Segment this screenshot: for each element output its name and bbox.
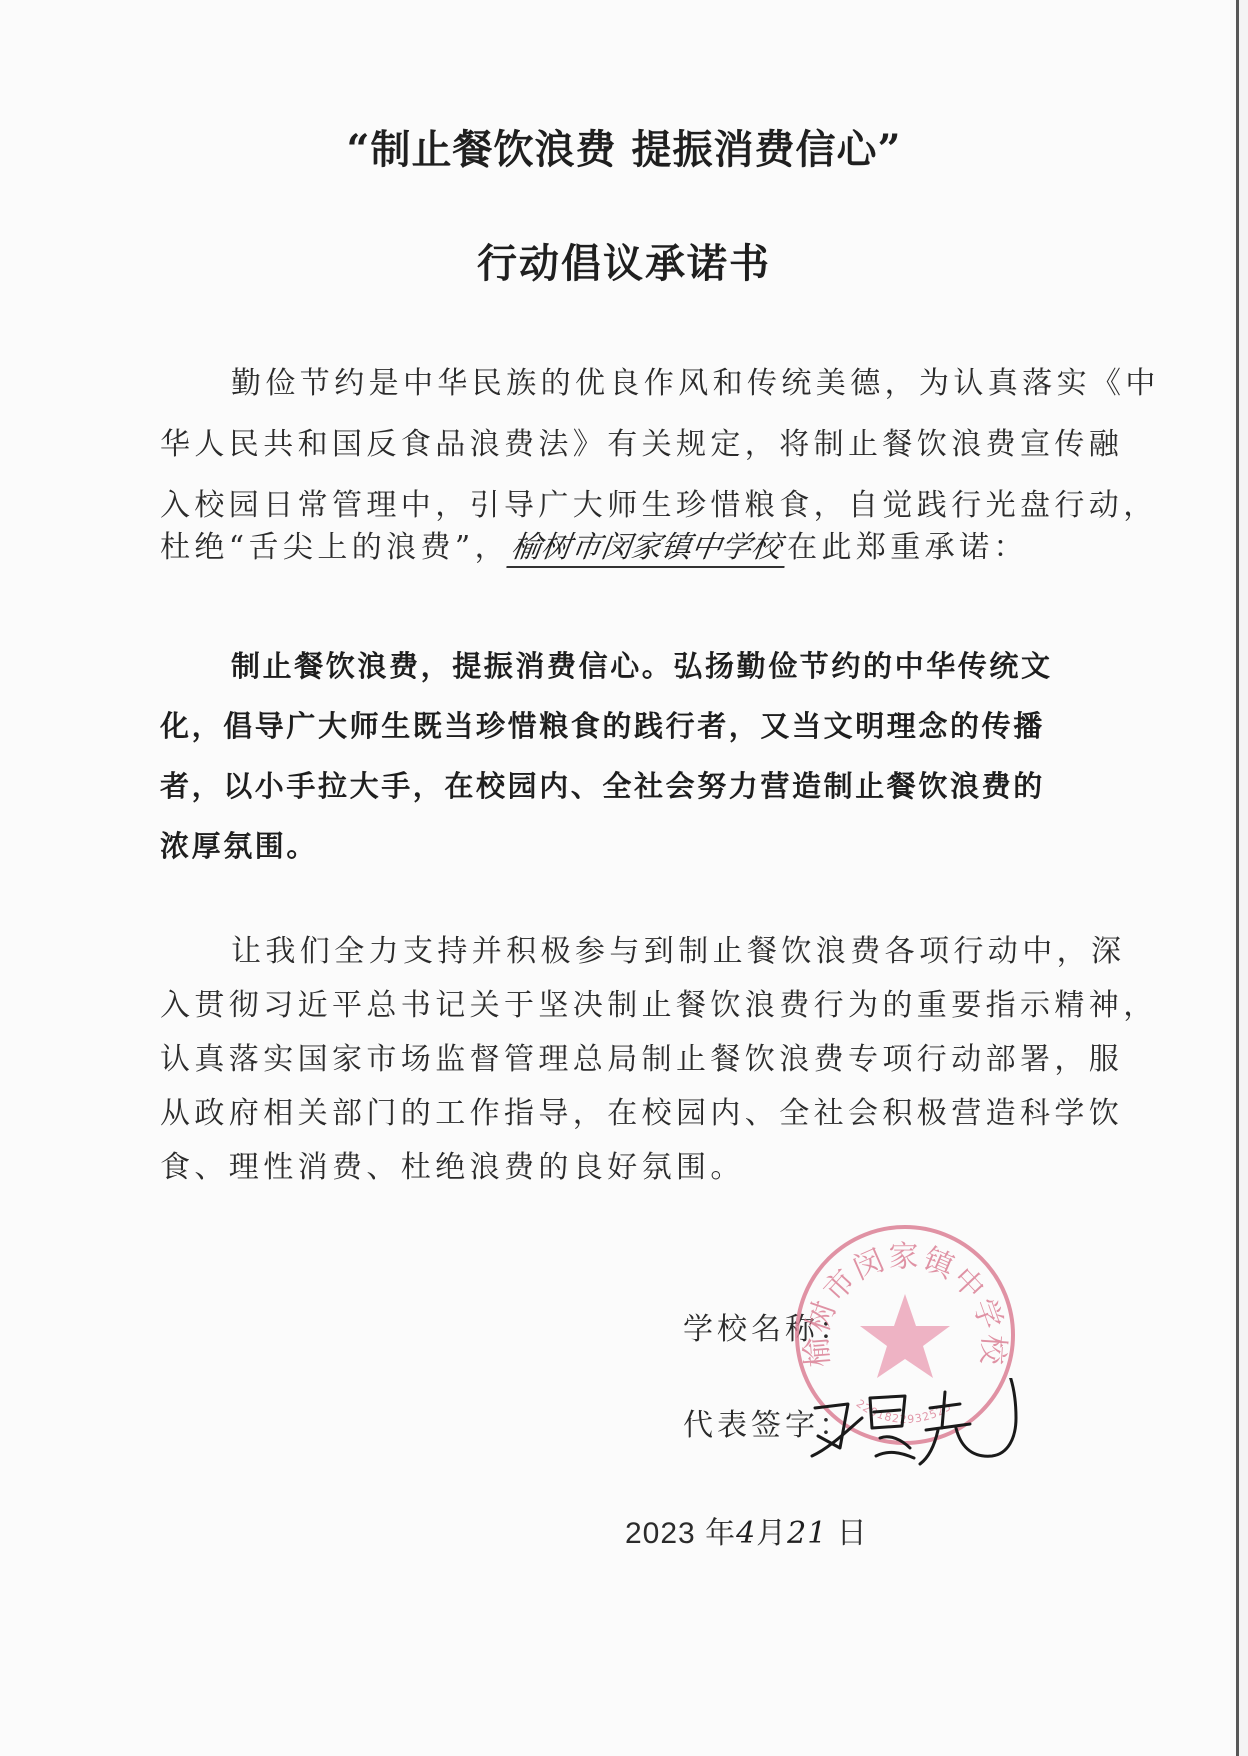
paragraph-3-line-3: 认真落实国家市场监督管理总局制止餐饮浪费专项行动部署，服 bbox=[160, 1042, 1080, 1078]
paragraph-1-line-4-prefix: 杜绝“舌尖上的浪费”， bbox=[160, 530, 509, 565]
paragraph-2-line-3: 者，以小手拉大手，在校园内、全社会努力营造制止餐饮浪费的 bbox=[160, 768, 1080, 804]
paragraph-3-line-2: 入贯彻习近平总书记关于坚决制止餐饮浪费行为的重要指示精神， bbox=[160, 988, 1080, 1024]
paragraph-2-line-2: 化，倡导广大师生既当珍惜粮食的践行者，又当文明理念的传播 bbox=[160, 708, 1080, 744]
handwritten-signature: 王恩光 bbox=[810, 1378, 1050, 1468]
paragraph-3-line-4: 从政府相关部门的工作指导，在校园内、全社会积极营造科学饮 bbox=[160, 1096, 1080, 1132]
paragraph-3-line-1: 让我们全力支持并积极参与到制止餐饮浪费各项行动中，深 bbox=[231, 934, 1081, 970]
date-month-label: 月 bbox=[756, 1517, 787, 1550]
paragraph-1-line-3: 入校园日常管理中，引导广大师生珍惜粮食，自觉践行光盘行动， bbox=[160, 488, 1080, 524]
date-day-handwritten: 21 bbox=[787, 1516, 827, 1551]
signing-date: 2023 年4月21 日 bbox=[625, 1508, 868, 1552]
handwritten-school-name: 榆树市闵家镇中学校 bbox=[506, 530, 789, 568]
date-year: 2023 年 bbox=[625, 1517, 736, 1550]
paragraph-1-line-4: 杜绝“舌尖上的浪费”，榆树市闵家镇中学校在此郑重承诺： bbox=[160, 530, 1080, 568]
date-month-handwritten: 4 bbox=[736, 1516, 756, 1551]
paragraph-2-line-4: 浓厚氛围。 bbox=[160, 828, 1080, 864]
document-page: “制止餐饮浪费 提振消费信心” 行动倡议承诺书 勤俭节约是中华民族的优良作风和传… bbox=[0, 0, 1248, 1756]
document-title-sub: 行动倡议承诺书 bbox=[0, 232, 1248, 289]
paragraph-3-line-5: 食、理性消费、杜绝浪费的良好氛围。 bbox=[160, 1150, 1080, 1186]
paragraph-1-line-1: 勤俭节约是中华民族的优良作风和传统美德，为认真落实《中 bbox=[231, 366, 1081, 402]
date-day-label: 日 bbox=[827, 1517, 867, 1550]
document-title-main: “制止餐饮浪费 提振消费信心” bbox=[0, 118, 1248, 175]
stamp-star-icon bbox=[860, 1294, 950, 1378]
paragraph-1-line-2: 华人民共和国反食品浪费法》有关规定，将制止餐饮浪费宣传融 bbox=[160, 427, 1080, 463]
paragraph-1-line-4-suffix: 在此郑重承诺： bbox=[787, 530, 1028, 565]
paragraph-2-line-1: 制止餐饮浪费，提振消费信心。弘扬勤俭节约的中华传统文 bbox=[231, 648, 1081, 684]
